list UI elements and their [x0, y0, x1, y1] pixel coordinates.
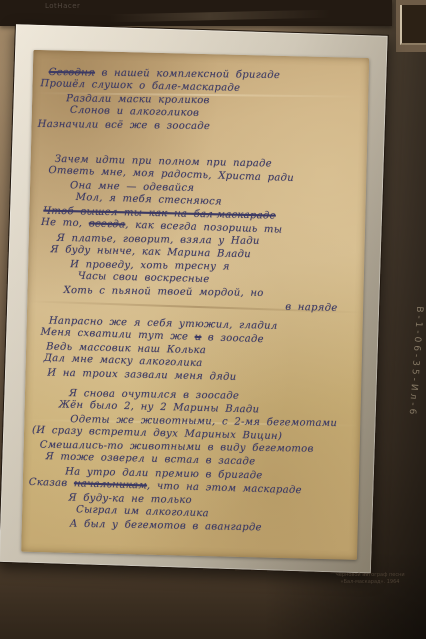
adjacent-frame-corner [396, 0, 426, 52]
framed-manuscript: Сегодня в нашей комплексной бригадеПрошё… [0, 23, 389, 574]
top-left-label: LotHacer [45, 2, 80, 10]
manuscript-paper: Сегодня в нашей комплексной бригадеПрошё… [21, 50, 369, 560]
poem-stanza: На утро дали премию в бригадеСказав нача… [28, 464, 356, 538]
poem-stanza: Я платье, говорит, взяла у НадиЯ буду ны… [33, 231, 361, 316]
poem-line: в наряде [285, 301, 359, 316]
exhibit-caption: Черновой автограф песни «Бал-маскарад». … [330, 572, 410, 586]
poem-stanza: Зачем идти при полном при парадеОтветь м… [35, 151, 363, 238]
poem-stanza: Напрасно же я себя утюжил, гладилМеня сх… [31, 313, 359, 388]
exhibit-caption-line1: Черновой автограф песни [330, 572, 410, 579]
adjacent-frame-inner-edge [400, 5, 426, 45]
poem-stanza: Сегодня в нашей комплексной бригадеПрошё… [38, 65, 365, 136]
display-case-top-edge: LotHacer [0, 0, 392, 26]
poem-stanza: Я снова очутился в зоосадеЖён было 2, ну… [29, 385, 357, 470]
museum-photo: LotHacer Сегодня в нашей комплексной бри… [0, 0, 426, 639]
exhibit-caption-line2: «Бал-маскарад». 1964 [330, 579, 410, 586]
reflection-streak [110, 10, 330, 23]
poem: Сегодня в нашей комплексной бригадеПрошё… [22, 50, 370, 537]
